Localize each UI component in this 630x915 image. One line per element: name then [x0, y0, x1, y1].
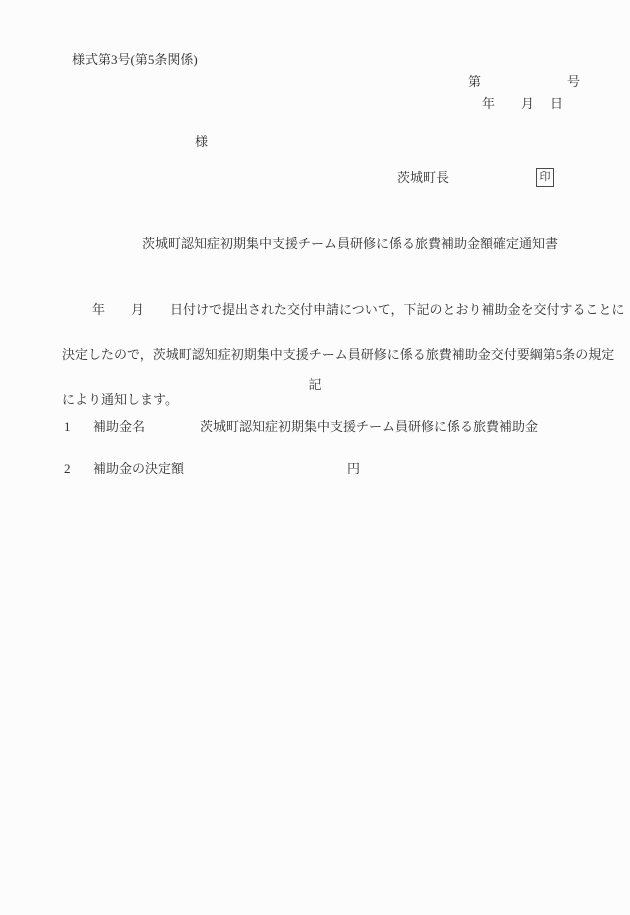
item-2-unit: 円 — [347, 462, 360, 475]
date-month-label: 月 — [521, 97, 534, 110]
document-title: 茨城町認知症初期集中支援チーム員研修に係る旅費補助金額確定通知書 — [142, 237, 558, 250]
addressee-honorific: 様 — [195, 135, 208, 148]
record-marker: 記 — [0, 378, 630, 391]
doc-number-suffix: 号 — [567, 75, 580, 88]
form-number: 様式第3号(第5条関係) — [72, 53, 198, 66]
item-1-number: 1 — [64, 420, 71, 433]
item-2-number: 2 — [64, 462, 71, 475]
sender-name: 茨城町長 — [397, 171, 449, 184]
document-page: 様式第3号(第5条関係) 第 号 年 月 日 様 茨城町長 印 茨城町認知症初期… — [0, 0, 630, 915]
date-day-label: 日 — [550, 97, 563, 110]
date-year-label: 年 — [482, 97, 495, 110]
body-line-2: 決定したので，茨城町認知症初期集中支援チーム員研修に係る旅費補助金交付要綱第5条… — [62, 345, 572, 364]
body-paragraph: 年 月 日付けで提出された交付申請について，下記のとおり補助金を交付することに … — [62, 274, 572, 436]
doc-number-prefix: 第 — [468, 75, 481, 88]
item-1-label: 補助金名 — [93, 420, 145, 433]
seal-mark: 印 — [540, 172, 551, 183]
seal-box: 印 — [536, 168, 554, 187]
item-1-value: 茨城町認知症初期集中支援チーム員研修に係る旅費補助金 — [200, 420, 538, 433]
body-line-1: 年 月 日付けで提出された交付申請について，下記のとおり補助金を交付することに — [62, 300, 572, 319]
item-2-label: 補助金の決定額 — [93, 462, 184, 475]
body-line-3: により通知します。 — [62, 390, 572, 409]
